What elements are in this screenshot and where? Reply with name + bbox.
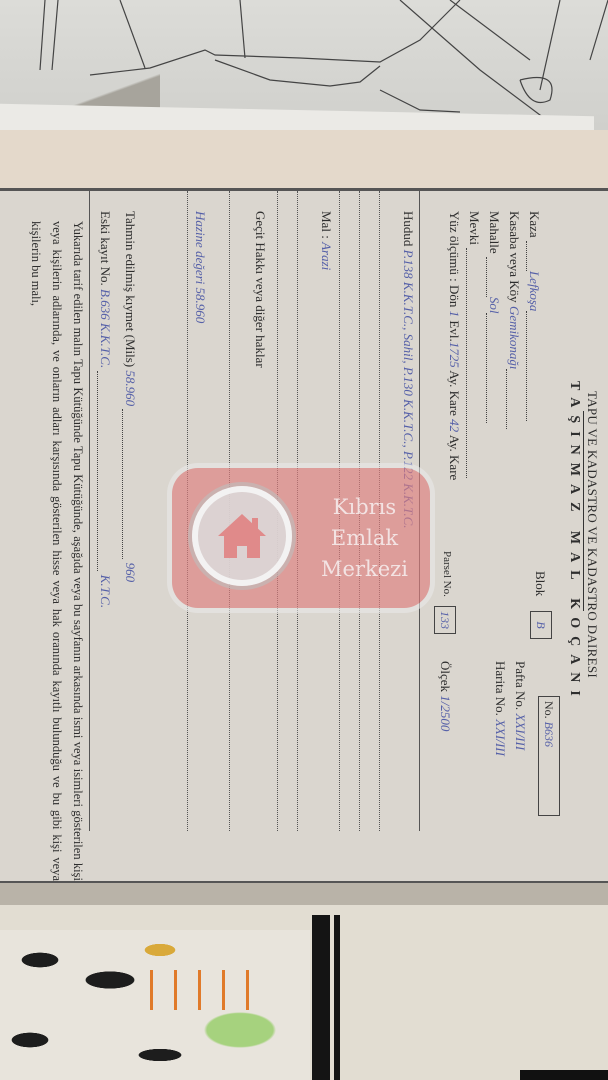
eski-kayit-field: Eski kayıt No. B.636 K.K.T.C. K.T.C. (97, 211, 113, 608)
mal-value: Arazi (319, 242, 334, 270)
parsel-value: 133 (434, 606, 456, 634)
harita-field: Harita No. XXI/III (492, 661, 508, 756)
blok-label: Blok (532, 571, 548, 596)
title-underline (583, 411, 584, 611)
fabric-pattern (0, 930, 310, 1080)
watermark-line1: Kıbrıs (302, 492, 427, 523)
kaza-field: Kaza Lefkoşa (526, 211, 542, 421)
mahalle-value: Sol (487, 297, 502, 314)
donum-value: 1 (447, 311, 462, 318)
hudud-label: Hudud (401, 211, 416, 246)
evlek-label: Evl. (447, 320, 462, 341)
mevki-field: Mevki (466, 211, 482, 478)
kaza-label: Kaza (527, 211, 542, 238)
fabric-stripe-thin (334, 915, 340, 1080)
fabric-stripe (312, 915, 330, 1080)
deed-number-label: No. (542, 701, 556, 719)
beige-paper-edge (0, 130, 608, 190)
yuz-olcumu-field: Yüz ölçümü : Dön 1 Evl.1725 Ay. Kare 42 … (446, 211, 462, 480)
evlek-value: 1725 (447, 342, 462, 368)
watermark-circle (192, 486, 292, 586)
watermark-text: Kıbrıs Emlak Merkezi (302, 492, 427, 585)
olcek-label: Ölçek (438, 661, 453, 692)
mahalle-label: Mahalle (487, 211, 502, 254)
mal-field: Mal : Arazi (318, 211, 334, 270)
donum-label: Dön (447, 285, 462, 307)
ay-kare-label: Ay. Kare (447, 370, 462, 416)
hazine-degeri: Hazine değeri 58.960 (192, 211, 208, 323)
olcek-value: 1/2500 (438, 695, 453, 731)
harita-label: Harita No. (493, 661, 508, 716)
house-icon (214, 508, 270, 564)
harita-value: XXI/III (493, 719, 508, 756)
deed-number-box: No. B636 (538, 696, 560, 816)
yuz-olcumu-label: Yüz ölçümü (447, 211, 462, 275)
pafta-field: Pafta No. XXI/III (512, 661, 528, 750)
ay-kare-value: 42 (447, 419, 462, 432)
deed-number-value: B636 (542, 722, 556, 747)
koy-value: Gemikonağı (507, 306, 522, 370)
tahmin-label: Tahmin edilmiş kıymet (Mils) (123, 211, 138, 367)
pafta-label: Pafta No. (513, 661, 528, 710)
legal-paragraph: Yukarıda tarif edilen malın Tapu Kütüğün… (25, 221, 88, 881)
tahmin-value: 58.960 (123, 370, 138, 406)
mahalle-field: Mahalle Sol (486, 211, 502, 423)
mevki-label: Mevki (467, 211, 482, 245)
watermark-logo: Kıbrıs Emlak Merkezi (172, 468, 430, 608)
eski-kayit-value: B.636 K.K.T.C. (98, 289, 113, 368)
gecit-hakki-label: Geçit Hakkı veya diğer haklar (253, 211, 268, 368)
document-issuer: TAPU VE KADASTRO VE KADASTRO DAIRESI (584, 391, 600, 678)
olcek-field: Ölçek 1/2500 (437, 661, 453, 731)
eski-kayit-label: Eski kayıt No. (98, 211, 113, 286)
fabric-corner (520, 1070, 608, 1080)
ay-kare-label-2: Ay. Kare (447, 435, 462, 481)
pafta-value: XXI/III (513, 713, 528, 750)
watermark-line3: Merkezi (302, 554, 427, 585)
kaza-value: Lefkoşa (527, 271, 542, 311)
watermark-line2: Emlak (302, 523, 427, 554)
document-title: TAŞINMAZ MAL KOÇANI (566, 381, 582, 704)
mal-label: Mal (319, 211, 334, 232)
parsel-label: Parsel No. (441, 551, 453, 597)
koy-field: Kasaba veya Köy Gemikonağı (506, 211, 522, 429)
blok-value: B (530, 611, 552, 639)
gecit-hakki-field: Geçit Hakkı veya diğer haklar (252, 211, 268, 368)
tahmin-field: Tahmin edilmiş kıymet (Mils) 58.960 960 (122, 211, 138, 582)
koy-label: Kasaba veya Köy (507, 211, 522, 303)
